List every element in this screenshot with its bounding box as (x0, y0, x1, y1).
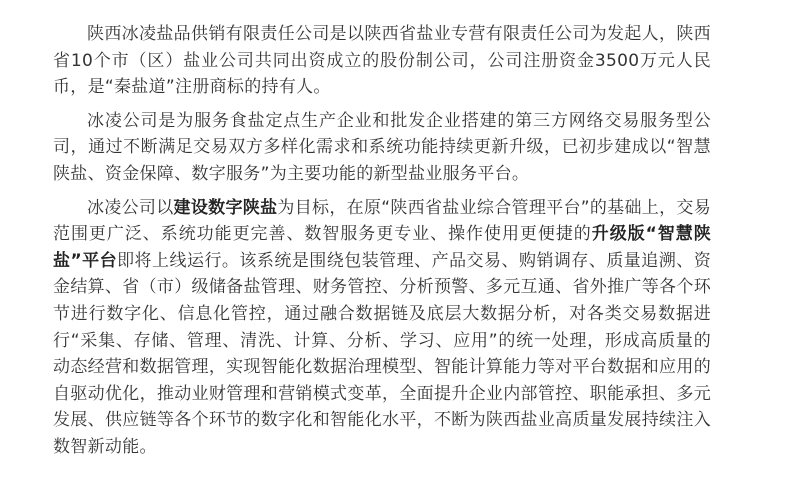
article-body: 陕西冰凌盐品供销有限责任公司是以陕西省盐业专营有限责任公司为发起人，陕西省10个… (53, 21, 711, 468)
text-segment: 冰凌公司以 (87, 198, 174, 218)
text-segment: 即将上线运行。该系统是围绕包装管理、产品交易、购销调存、质量追溯、资金结算、省（… (53, 251, 711, 457)
paragraph-platform-overview: 冰凌公司是为服务食盐定点生产企业和批发企业搭建的第三方网络交易服务型公司，通过不… (53, 108, 711, 188)
text-segment: 冰凌公司是为服务食盐定点生产企业和批发企业搭建的第三方网络交易服务型公司，通过不… (53, 111, 711, 184)
paragraph-upgrade-plan: 冰凌公司以建设数字陕盐为目标，在原“陕西省盐业综合管理平台”的基础上，交易范围更… (53, 195, 711, 461)
paragraph-company-intro: 陕西冰凌盐品供销有限责任公司是以陕西省盐业专营有限责任公司为发起人，陕西省10个… (53, 21, 711, 101)
text-segment: 陕西冰凌盐品供销有限责任公司是以陕西省盐业专营有限责任公司为发起人，陕西省10个… (53, 24, 711, 97)
bold-highlight-goal: 建设数字陕盐 (174, 198, 278, 218)
